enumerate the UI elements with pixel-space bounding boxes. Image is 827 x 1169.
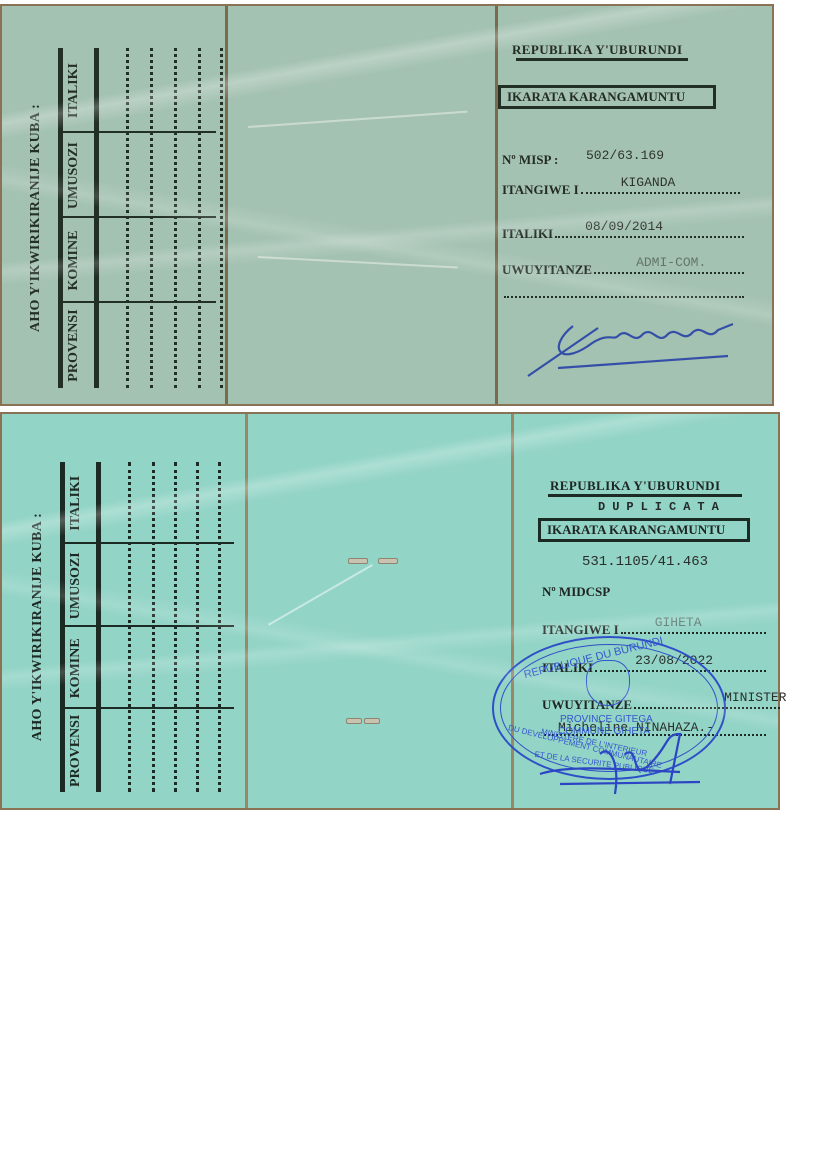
issuer-field: UWUYITANZE ADMI-COM.	[502, 262, 746, 278]
residence-table-header: PROVENSI KOMINE UMUSOZI ITALIKI	[66, 48, 92, 388]
column-umusozi: UMUSOZI	[68, 545, 94, 628]
residence-table-header: PROVENSI KOMINE UMUSOZI ITALIKI	[68, 462, 94, 792]
card-front-panel: REPUBLIKA Y'UBURUNDI DUPLICATA IKARATA K…	[514, 414, 778, 808]
staple	[346, 718, 362, 724]
issuer-value: ADMI-COM.	[636, 255, 706, 270]
card-middle-panel	[228, 6, 498, 404]
issuer-name-field	[502, 296, 746, 301]
country-name: REPUBLIKA Y'UBURUNDI	[550, 478, 720, 494]
issued-at-value: GIHETA	[655, 615, 702, 630]
identity-card-original: AHO Y'IKWIRIKIRANIJE KUBA : PROVENSI KOM…	[0, 4, 774, 406]
staple	[378, 558, 398, 564]
column-italiki: ITALIKI	[66, 48, 92, 133]
serial-number: 531.1105/41.463	[582, 554, 708, 570]
residence-table: AHO Y'IKWIRIKIRANIJE KUBA : PROVENSI KOM…	[16, 462, 246, 792]
column-provensi: PROVENSI	[66, 303, 92, 388]
staple	[348, 558, 368, 564]
signature	[518, 306, 748, 386]
coat-of-arms-icon	[586, 660, 630, 706]
issued-at-value: KIGANDA	[621, 175, 676, 190]
number-label: Nº MIDCSP	[542, 584, 610, 600]
staple	[364, 718, 380, 724]
country-name: REPUBLIKA Y'UBURUNDI	[512, 42, 682, 58]
residence-table-title: AHO Y'IKWIRIKIRANIJE KUBA :	[28, 48, 44, 388]
date-field: ITALIKI 08/09/2014	[502, 226, 746, 242]
number-label: Nº MISP :	[502, 152, 558, 168]
signature	[530, 714, 730, 804]
card-back-panel: AHO Y'IKWIRIKIRANIJE KUBA : PROVENSI KOM…	[2, 6, 228, 404]
residence-table: AHO Y'IKWIRIKIRANIJE KUBA : PROVENSI KOM…	[14, 48, 228, 388]
issued-at-field: ITANGIWE I KIGANDA	[502, 182, 742, 198]
residence-table-title: AHO Y'IKWIRIKIRANIJE KUBA :	[30, 462, 46, 792]
column-italiki: ITALIKI	[68, 462, 94, 545]
column-komine: KOMINE	[66, 218, 92, 303]
duplicate-label: DUPLICATA	[598, 500, 726, 514]
card-back-panel: AHO Y'IKWIRIKIRANIJE KUBA : PROVENSI KOM…	[2, 414, 248, 808]
number-value: 502/63.169	[586, 148, 664, 163]
column-umusozi: UMUSOZI	[66, 133, 92, 218]
issuer-value: MINISTER	[724, 690, 786, 705]
card-front-panel: REPUBLIKA Y'UBURUNDI IKARATA KARANGAMUNT…	[498, 6, 772, 404]
card-title: IKARATA KARANGAMUNTU	[498, 85, 716, 109]
card-title: IKARATA KARANGAMUNTU	[538, 518, 750, 542]
column-komine: KOMINE	[68, 627, 94, 710]
card-middle-panel	[248, 414, 514, 808]
date-value: 08/09/2014	[585, 219, 663, 234]
column-provensi: PROVENSI	[68, 710, 94, 793]
identity-card-duplicate: AHO Y'IKWIRIKIRANIJE KUBA : PROVENSI KOM…	[0, 412, 780, 810]
